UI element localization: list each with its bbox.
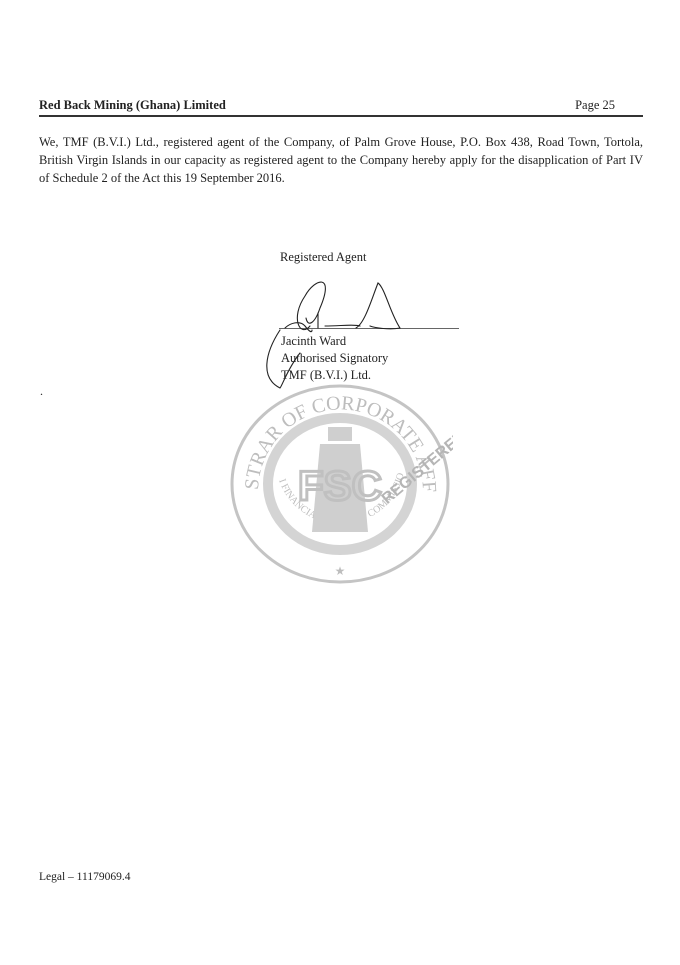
signature-heading: Registered Agent — [280, 250, 366, 265]
signatory-company: TMF (B.V.I.) Ltd. — [281, 367, 388, 384]
footer-reference: Legal – 11179069.4 — [39, 871, 130, 883]
document-page: Red Back Mining (Ghana) Limited Page 25 … — [0, 0, 680, 965]
signatory-details: Jacinth Ward Authorised Signatory TMF (B… — [281, 333, 388, 384]
signatory-name: Jacinth Ward — [281, 333, 388, 350]
svg-text:FSC: FSC — [298, 462, 382, 509]
svg-text:★: ★ — [335, 564, 346, 578]
stray-mark: . — [40, 384, 43, 399]
page-header: Red Back Mining (Ghana) Limited Page 25 — [39, 98, 643, 117]
page-number: Page 25 — [575, 98, 615, 113]
application-paragraph: We, TMF (B.V.I.) Ltd., registered agent … — [39, 133, 643, 187]
registrar-seal-stamp: REGISTRAR OF CORPORATE AFFAIRS BVI FINAN… — [228, 382, 453, 587]
signatory-title: Authorised Signatory — [281, 350, 388, 367]
document-title: Red Back Mining (Ghana) Limited — [39, 98, 226, 113]
